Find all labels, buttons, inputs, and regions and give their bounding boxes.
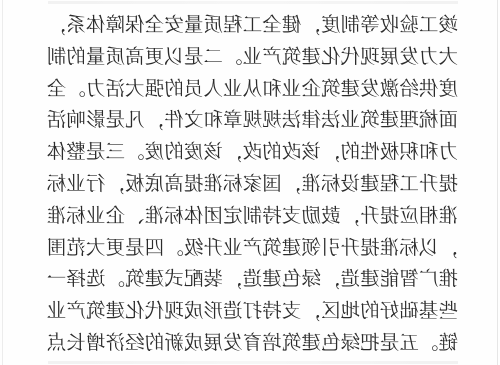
text-line-9: 推广智能建造，绿色建造，装配式建筑。选择一: [38, 263, 458, 295]
text-line-2: 大力发展现代化建筑产业。二是以更高质量的制: [38, 41, 458, 73]
text-line-6: 提升工程建设标准，国家标准提高底板，行业标: [38, 168, 458, 200]
article-body: 竣工验收等制度，健全工程质量安全保障体系， 大力发展现代化建筑产业。二是以更高质…: [38, 9, 458, 359]
text-line-10: 些基础好的地区，支持打造形成现代化建筑产业: [38, 295, 458, 327]
text-line-1: 竣工验收等制度，健全工程质量安全保障体系，: [38, 9, 458, 41]
text-line-11: 链。五是把绿色建筑培育发展成新的经济增长点: [38, 327, 458, 359]
text-line-3: 度供给激发建筑企业和从业人员的强大活力。全: [38, 73, 458, 105]
text-line-8: ，以标准提升引领建筑产业升级。四是更大范围: [38, 232, 458, 264]
document-page: 竣工验收等制度，健全工程质量安全保障体系， 大力发展现代化建筑产业。二是以更高质…: [0, 0, 500, 365]
text-line-7: 准相应提升，鼓励支持制定团体标准、企业标准: [38, 200, 458, 232]
text-line-5: 力和积极性的，该改的改，该废的废。三是整体: [38, 136, 458, 168]
text-line-4: 面梳理建筑业法律法规规章和文件，凡是影响活: [38, 104, 458, 136]
mirrored-content: 竣工验收等制度，健全工程质量安全保障体系， 大力发展现代化建筑产业。二是以更高质…: [0, 0, 500, 365]
